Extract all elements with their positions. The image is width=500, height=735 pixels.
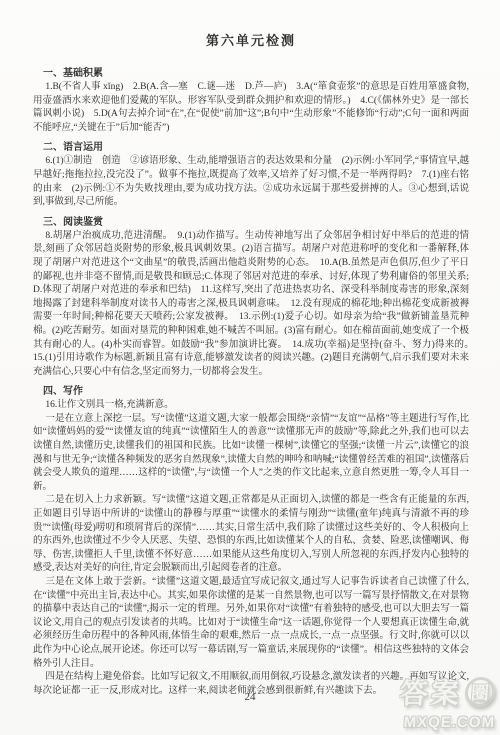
answers-language-use: 6.(1)①制造 创造 ②谚语形象、生动,能增强语言的表达效果和分量 (2)示例…: [33, 155, 469, 209]
section-heading-writing: 四、写作: [33, 382, 469, 397]
answers-basic-accumulation: 1.B(不省人事 xǐng) 2.B(A.含—塞 C.谜—迷 D.芦—庐) 3.…: [33, 81, 469, 135]
document-page: 第六单元检测 一、基础积累 1.B(不省人事 xǐng) 2.B(A.含—塞 C…: [33, 30, 469, 698]
writing-point-2-paragraph: 二是在切入上力求新颖。写“读懂”这道文题,正常都是从正面切入,读懂的都是一些含有…: [33, 494, 469, 576]
watermark-circle-logo: 圈: [464, 677, 496, 707]
writing-intro-paragraph: 16.让作文别具一格,充满新意。: [33, 399, 469, 413]
watermark-site-url: MXQE.COM: [399, 714, 495, 731]
watermark: 答案 圈 MXQE.COM: [400, 672, 495, 731]
writing-point-3-paragraph: 三是在文体上敢于尝新。“读懂”这道文题,最适宜写成记叙文,通过写人记事告诉读者自…: [33, 576, 469, 671]
watermark-brand: 答案 圈: [399, 672, 497, 712]
watermark-brand-text: 答案: [399, 672, 464, 712]
section-heading-basic-accumulation: 一、基础积累: [33, 64, 469, 79]
section-heading-reading-appreciation: 三、阅读鉴赏: [33, 213, 469, 228]
page-title: 第六单元检测: [33, 30, 469, 49]
section-heading-language-use: 二、语言运用: [33, 138, 469, 153]
writing-point-1-paragraph: 一是在立意上深挖一层。写“读懂”这道文题,大家一般都会围绕“亲情”“友谊”“品格…: [33, 413, 469, 495]
answers-reading-appreciation: 8.胡屠户治疯成功,范进清醒。 9.(1)动作描写。生动传神地写出了众邻居争相讨…: [33, 230, 469, 380]
